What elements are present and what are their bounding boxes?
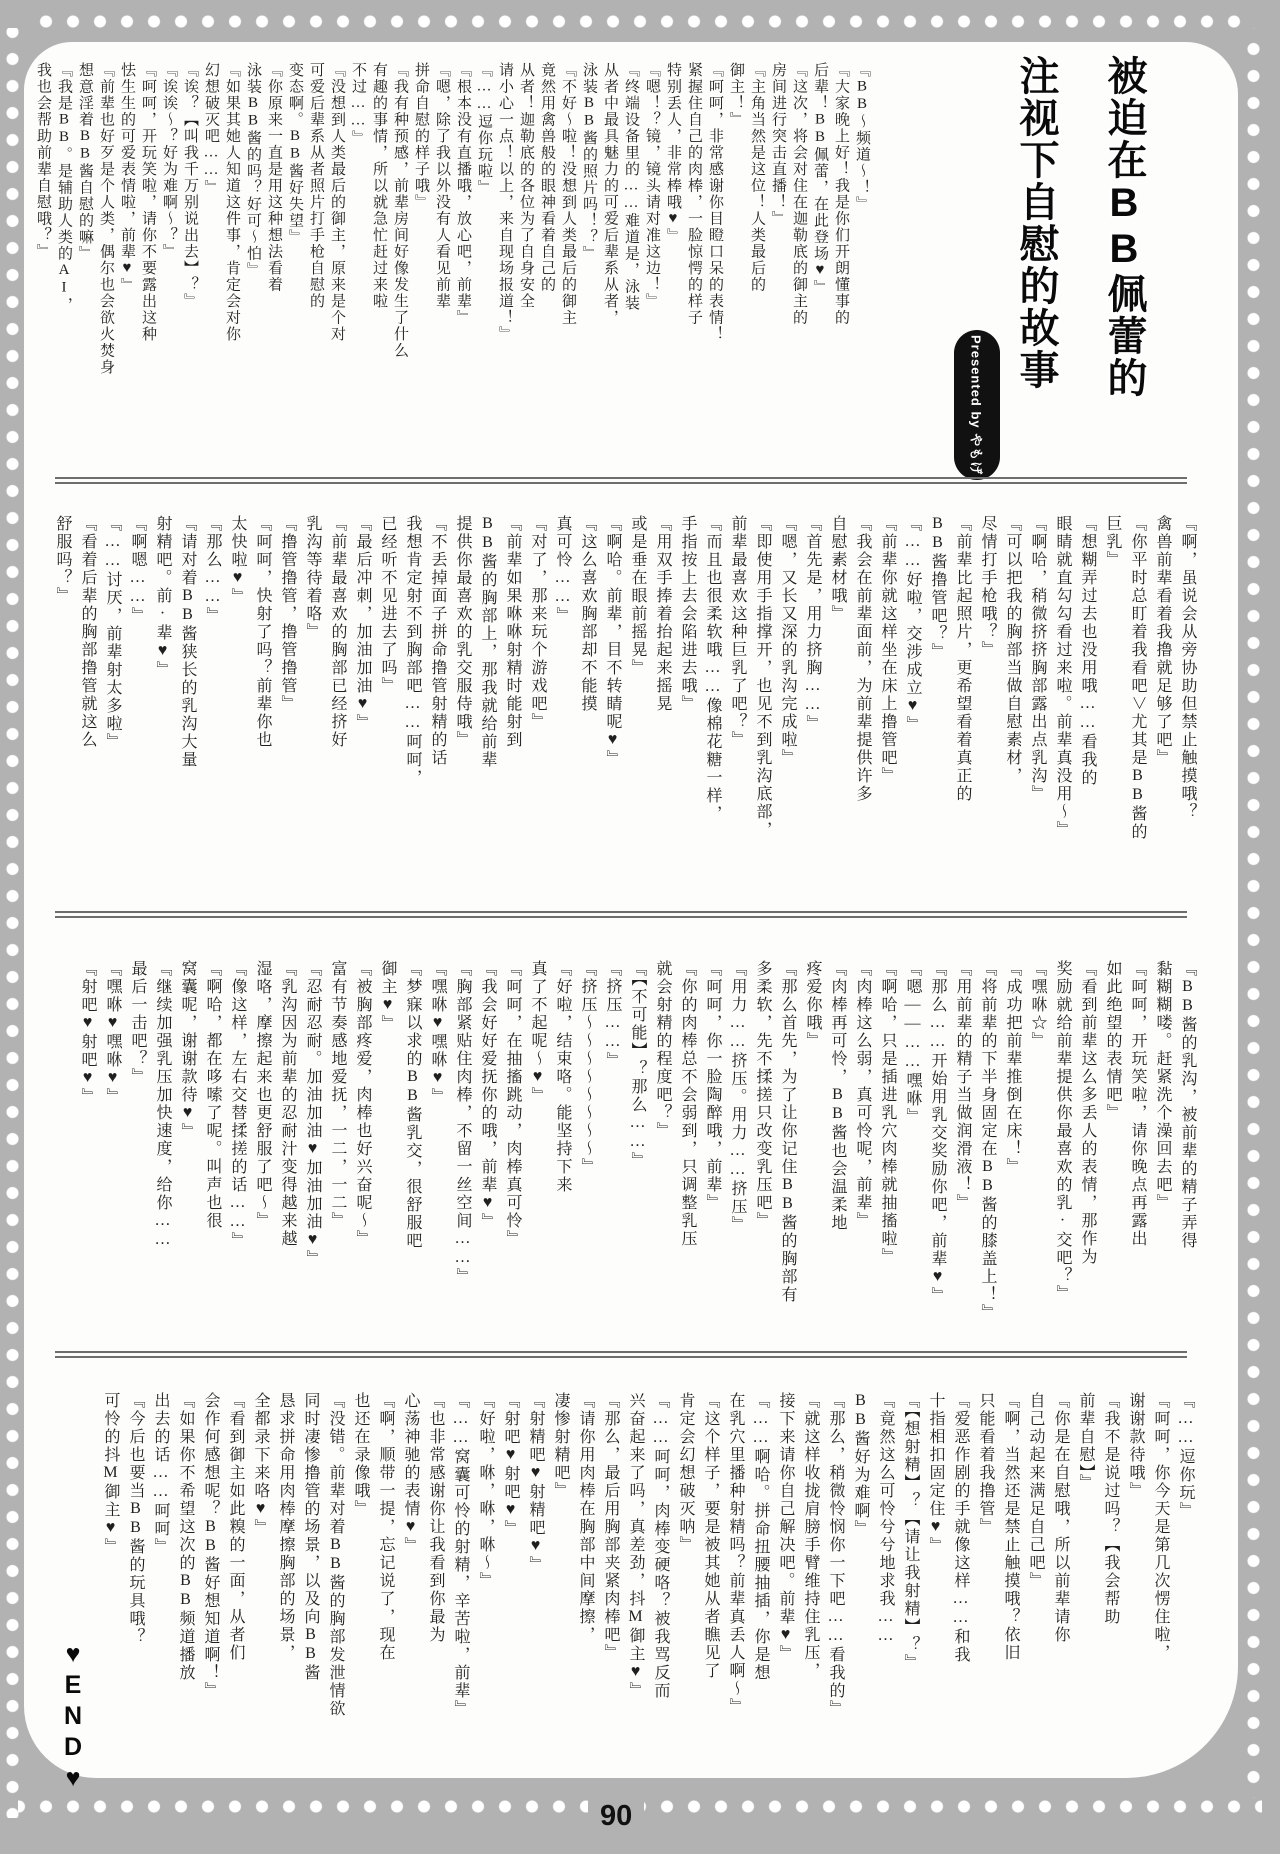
- dialogue-line: 心荡神驰的表情♥』: [398, 1392, 423, 1748]
- dialogue-line: 有趣的事情，所以就急忙赶过来啦: [368, 62, 389, 414]
- dialogue-line: 『将前辈的下半身固定在BB酱的膝盖上！』: [975, 960, 1000, 1352]
- dialogue-line: 太快啦♥』: [225, 515, 250, 911]
- dialogue-line: 『我是BB。是辅助人类的AI，: [53, 62, 74, 414]
- dialogue-line: 拼命自慰的样子哦』: [410, 62, 431, 414]
- dotted-border-left: [0, 28, 26, 1818]
- dialogue-line: 『嘿咻♥嘿咻♥』: [100, 960, 125, 1352]
- dialogue-line: 御主♥』: [375, 960, 400, 1352]
- dialogue-line: 竟然用禽兽般的眼神看着自己的: [536, 62, 557, 414]
- dialogue-line: 眼睛就直勾勾看过来啦。前辈真没用～』: [1050, 515, 1075, 911]
- dialogue-line: 『用双手捧着抬起来摇晃: [650, 515, 675, 911]
- dialogue-line: 接下来请你自己解决吧。前辈♥』: [773, 1392, 798, 1748]
- dialogue-line: 『这么喜欢胸部却不能摸: [575, 515, 600, 911]
- dialogue-line: 『BB～频道～！』: [851, 62, 872, 414]
- dialogue-band-4: 『……逗你玩』『呵呵，你今天是第几次愣住啦，谢谢款待哦』『我不是说过吗？【我会帮…: [98, 1392, 1198, 1748]
- dialogue-line: 自己动起来满足自己吧』: [1023, 1392, 1048, 1748]
- dialogue-line: 『成功把前辈推倒在床！』: [1000, 960, 1025, 1352]
- dialogue-line: 不过……』: [347, 62, 368, 414]
- dialogue-line: 奖励就给前辈提供你最喜欢的乳·交吧？』: [1050, 960, 1075, 1352]
- dialogue-line: 『如果你不希望这次的BB频道播放: [173, 1392, 198, 1748]
- dialogue-line: 『爱恶作剧的手就像这样……和我: [948, 1392, 973, 1748]
- dialogue-line: 『这个样子，要是被其她从者瞧见了: [698, 1392, 723, 1748]
- dialogue-line: 『你原来一直是用这种想法看着: [263, 62, 284, 414]
- dialogue-line: 『呵呵，非常感谢你目瞪口呆的表情！: [704, 62, 725, 414]
- dialogue-line: 『没想到人类最后的御主，原来是个对: [326, 62, 347, 414]
- dialogue-line: 紧握住自己的肉棒，一脸惊愕的样子: [683, 62, 704, 414]
- dialogue-line: 『呵呵，开玩笑啦，请你不要露出这种: [137, 62, 158, 414]
- dialogue-line: 后辈！BB佩蕾，在此登场♥』: [809, 62, 830, 414]
- dialogue-line: 『BB酱的乳沟，被前辈的精子弄得: [1175, 960, 1200, 1352]
- dialogue-line: 兴奋起来了吗，真差劲，抖M御主♥』: [623, 1392, 648, 1748]
- dialogue-line: 『啊哈，只是插进乳穴肉棒就抽搐啦』: [875, 960, 900, 1352]
- dialogue-line: 变态啊。BB酱好失望』: [284, 62, 305, 414]
- dialogue-line: 想意淫着BB酱自慰的嘛』: [74, 62, 95, 414]
- dialogue-line: 舒服吗？』: [50, 515, 75, 911]
- dialogue-line: 『呵呵，你今天是第几次愣住啦，: [1148, 1392, 1173, 1748]
- dialogue-line: 恳求拼命用肉棒摩擦胸部的场景，: [273, 1392, 298, 1748]
- dialogue-line: 『呵呵，你一脸陶醉哦，前辈』: [700, 960, 725, 1352]
- dialogue-line: 『嗯，又长又深的乳沟完成啦』: [775, 515, 800, 911]
- dialogue-line: 『那么……』: [200, 515, 225, 911]
- dialogue-line: 『嗯——……嘿咻』: [900, 960, 925, 1352]
- dotted-border-top: [28, 8, 1252, 35]
- dialogue-band-1: 『BB～频道～！』『大家晚上好！我是你们开朗懂事的后辈！BB佩蕾，在此登场♥』『…: [32, 62, 872, 414]
- dialogue-line: 自慰素材哦』: [825, 515, 850, 911]
- dialogue-line: 『请你用肉棒在胸部中间摩擦，: [573, 1392, 598, 1748]
- dialogue-line: 『我不是说过吗？【我会帮助: [1098, 1392, 1123, 1748]
- dialogue-line: 幻想破灭吧……』: [200, 62, 221, 414]
- dialogue-line: 只能看着我撸管』: [973, 1392, 998, 1748]
- dialogue-line: 前辈最喜欢这种巨乳了吧？』: [725, 515, 750, 911]
- dialogue-line: 泳装BB酱的照片吗！？』: [578, 62, 599, 414]
- dialogue-line: 『终端设备里的……难道是，泳装: [620, 62, 641, 414]
- dialogue-line: 真可怜……』: [550, 515, 575, 911]
- dialogue-line: 我想肯定射不到胸部吧……呵呵，: [400, 515, 425, 911]
- dialogue-line: 『首先是，用力挤胸……』: [800, 515, 825, 911]
- dialogue-line: 『没错。前辈对着BB酱的胸部发泄情欲: [323, 1392, 348, 1748]
- dialogue-line: 『诶？【叫我千万别说出去】？』: [179, 62, 200, 414]
- dialogue-line: BB酱的胸部上，那我就给前辈: [475, 515, 500, 911]
- dialogue-line: 『啊哈，稍微挤挤胸部露出点乳沟』: [1025, 515, 1050, 911]
- dialogue-line: 前辈自慰】』: [1073, 1392, 1098, 1748]
- dialogue-line: BB酱好为难啊』: [848, 1392, 873, 1748]
- dialogue-band-2: 『啊，虽说会从旁协助但禁止触摸哦？禽兽前辈看着我撸就足够了吧』『你平时总盯着我看…: [50, 515, 1200, 911]
- page-title: 被迫在BB佩蕾的 注视下自慰的故事: [992, 55, 1168, 405]
- dialogue-line: 会作何感想呢？BB酱好想知道啊！』: [198, 1392, 223, 1748]
- page-number: 90: [588, 1800, 644, 1833]
- dialogue-line: 『大家晚上好！我是你们开朗懂事的: [830, 62, 851, 414]
- dialogue-band-3: 『BB酱的乳沟，被前辈的精子弄得黏糊糊喽。赶紧洗个澡回去吧』『呵呵，开玩笑啦，请…: [75, 960, 1200, 1352]
- end-mark: ♥END♥: [58, 1640, 87, 1795]
- dialogue-line: 泳装BB酱的吗？好可～怕』: [242, 62, 263, 414]
- dialogue-line: 在乳穴里播种射精吗？前辈真丢人啊～』: [723, 1392, 748, 1748]
- dialogue-line: 湿咯，摩擦起来也更舒服了吧～』: [250, 960, 275, 1352]
- dialogue-line: 『射吧♥射吧♥』: [498, 1392, 523, 1748]
- dialogue-line: 就会射精的程度吧？』: [650, 960, 675, 1352]
- dialogue-line: 提供你最喜欢的乳交服侍哦』: [450, 515, 475, 911]
- dialogue-line: 或是垂在眼前摇晃』: [625, 515, 650, 911]
- dialogue-line: 『胸部紧贴住肉棒，不留一丝空间……』: [450, 960, 475, 1352]
- dialogue-line: 已经听不见进去了吗』: [375, 515, 400, 911]
- dialogue-line: 『前辈也好歹是个人类，偶尔也会欲火焚身: [95, 62, 116, 414]
- dialogue-line: 御主！』: [725, 62, 746, 414]
- dialogue-line: 禽兽前辈看着我撸就足够了吧』: [1150, 515, 1175, 911]
- dialogue-line: 『……逗你玩啦』: [473, 62, 494, 414]
- dialogue-line: 『啊，顺带一提，忘记说了，现在: [373, 1392, 398, 1748]
- dialogue-line: 『啊嗯……』: [125, 515, 150, 911]
- dialogue-line: 可爱后辈系从者照片打手枪自慰的: [305, 62, 326, 414]
- dialogue-line: 『想糊弄过去也没用哦……看我的: [1075, 515, 1100, 911]
- dialogue-line: 十指相扣固定住♥』: [923, 1392, 948, 1748]
- dialogue-line: 『这次，将会对住在迦勒底的御主的: [788, 62, 809, 414]
- title-line-2: 注视下自慰的故事: [992, 55, 1080, 405]
- dialogue-line: 也还在录像哦』: [348, 1392, 373, 1748]
- dialogue-line: 『嗯！？镜，镜头请对准这边！』: [641, 62, 662, 414]
- dialogue-line: 『【想射精】？【请让我射精】？』: [898, 1392, 923, 1748]
- dialogue-line: 窝囊呢，谢谢款待♥』: [175, 960, 200, 1352]
- dialogue-line: 『啊，虽说会从旁协助但禁止触摸哦？: [1175, 515, 1200, 911]
- dialogue-line: 『……讨厌，前辈射太多啦』: [100, 515, 125, 911]
- dialogue-line: 『嗯，除了我以外没有人看见前辈: [431, 62, 452, 414]
- dialogue-line: 『对了，那来玩个游戏吧』: [525, 515, 550, 911]
- dialogue-line: 『不好～啦！没想到人类最后的御主: [557, 62, 578, 414]
- dialogue-line: 『啊哈，都在哆嗦了呢。叫声也很: [200, 960, 225, 1352]
- dialogue-line: 『呵呵，快射了吗？前辈你也: [250, 515, 275, 911]
- dialogue-line: 『撸管撸管，撸管撸管』: [275, 515, 300, 911]
- dialogue-line: 『那么首先，为了让你记住BB酱的胸部有: [775, 960, 800, 1352]
- dialogue-line: 『被胸部疼爱，肉棒也好兴奋呢～』: [350, 960, 375, 1352]
- dialogue-line: 『……呵呵，肉棒变硬咯？被我骂反而: [648, 1392, 673, 1748]
- dialogue-line: 『那么……开始用乳交奖励你吧，前辈♥』: [925, 960, 950, 1352]
- dialogue-line: 『我有种预感，前辈房间好像发生了什么: [389, 62, 410, 414]
- section-separator-3: [55, 1351, 1187, 1358]
- dialogue-line: 从者中最具魅力的可爱后辈系从者，: [599, 62, 620, 414]
- dialogue-line: 全都录下来咯♥』: [248, 1392, 273, 1748]
- dialogue-line: 『今后也要当BB酱的玩具哦？: [123, 1392, 148, 1748]
- dialogue-line: 『看着后辈的胸部撸管就这么: [75, 515, 100, 911]
- dialogue-line: 『【不可能】？那么……』: [625, 960, 650, 1352]
- dialogue-line: 『啊哈。前辈，目不转睛呢♥』: [600, 515, 625, 911]
- dotted-border-right: [1240, 28, 1267, 1798]
- dialogue-line: 『那么，稍微怜悯你一下吧……看我的』: [823, 1392, 848, 1748]
- dialogue-line: 『看到前辈这么多丢人的表情，那作为: [1075, 960, 1100, 1352]
- dialogue-line: 『继续加强乳压加快速度，给你……: [150, 960, 175, 1352]
- dialogue-line: 富有节奏感地爱抚，一二，一二』: [325, 960, 350, 1352]
- dialogue-line: 『忍耐忍耐。加油加油♥加油加油♥』: [300, 960, 325, 1352]
- dialogue-line: 『……窝囊可怜的射精，辛苦啦，前辈』: [448, 1392, 473, 1748]
- dialogue-line: 『肉棒再可怜，BB酱也会温柔地: [825, 960, 850, 1352]
- dialogue-line: 『即使用手指撑开，也见不到乳沟底部，: [750, 515, 775, 911]
- dialogue-line: 手指按上去会陷进去哦』: [675, 515, 700, 911]
- dialogue-line: 『梦寐以求的BB酱乳交，很舒服吧: [400, 960, 425, 1352]
- dialogue-line: 『嘿咻♥嘿咻♥』: [425, 960, 450, 1352]
- dialogue-line: 『前辈比起照片，更希望看着真正的: [950, 515, 975, 911]
- dialogue-line: 『呵呵，在抽搐跳动，肉棒真可怜』: [500, 960, 525, 1352]
- dialogue-line: 『射精吧♥射精吧♥』: [523, 1392, 548, 1748]
- dialogue-line: 尽情打手枪哦？』: [975, 515, 1000, 911]
- dialogue-line: 『呵呵，开玩笑啦，请你晚点再露出: [1125, 960, 1150, 1352]
- dialogue-line: 『啊，当然还是禁止触摸哦？依旧: [998, 1392, 1023, 1748]
- dialogue-line: 乳沟等待着咯』: [300, 515, 325, 911]
- dialogue-line: 『根本没有直播哦，放心吧，前辈』: [452, 62, 473, 414]
- dialogue-line: 『好啦，结束咯。能坚持下来: [550, 960, 575, 1352]
- dialogue-line: 『乳沟因为前辈的忍耐汁变得越来越: [275, 960, 300, 1352]
- dialogue-line: 『……逗你玩』: [1173, 1392, 1198, 1748]
- dialogue-line: 请小心一点！以上，来自现场报道！』: [494, 62, 515, 414]
- dialogue-line: 『……啊哈。拼命扭腰抽插，你是想: [748, 1392, 773, 1748]
- dialogue-line: 同时凄惨撸管的场景，以及向BB酱: [298, 1392, 323, 1748]
- title-line-1: 被迫在BB佩蕾的: [1080, 55, 1168, 405]
- dialogue-line: 『请对着BB酱狭长的乳沟大量: [175, 515, 200, 911]
- dialogue-line: 『那么，最后用胸部夹紧肉棒吧』: [598, 1392, 623, 1748]
- dialogue-line: 『竟然这么可怜兮兮地求我……: [873, 1392, 898, 1748]
- dialogue-line: 『肉棒这么弱，真可怜呢，前辈』: [850, 960, 875, 1352]
- dialogue-line: 『如果其她人知道这件事，肯定会对你: [221, 62, 242, 414]
- presented-by-text: Presented by やもげ: [968, 335, 987, 475]
- dialogue-line: 『主角当然是这位！人类最后的: [746, 62, 767, 414]
- scanned-script-page: 被迫在BB佩蕾的 注视下自慰的故事 Presented by やもげ 『BB～频…: [0, 0, 1280, 1854]
- dialogue-line: 『你平时总盯着我看吧∨尤其是BB酱的: [1125, 515, 1150, 911]
- dialogue-line: 『像这样，左右交替揉搓的话……』: [225, 960, 250, 1352]
- dialogue-line: 『挤压～～～～～～～～』: [575, 960, 600, 1352]
- dialogue-line: 『用前辈的精子当做润滑液！』: [950, 960, 975, 1352]
- dialogue-line: 肯定会幻想破灭呐』: [673, 1392, 698, 1748]
- dialogue-line: 疼爱你哦』: [800, 960, 825, 1352]
- dialogue-line: 『诶诶～？好为难啊～？』: [158, 62, 179, 414]
- dialogue-line: 『可以把我的胸部当做自慰素材，: [1000, 515, 1025, 911]
- dialogue-line: 『挤压……』: [600, 960, 625, 1352]
- dialogue-line: 『前辈如果咻咻射精时能射到: [500, 515, 525, 911]
- dialogue-line: 多柔软，先不揉搓只改变乳压吧』: [750, 960, 775, 1352]
- dialogue-line: 特别丢人，非常棒哦♥』: [662, 62, 683, 414]
- dialogue-line: 『我会好好爱抚你的哦，前辈♥』: [475, 960, 500, 1352]
- dialogue-line: 最后一击吧？』: [125, 960, 150, 1352]
- dialogue-line: 『射吧♥射吧♥』: [75, 960, 100, 1352]
- dialogue-line: 『你的肉棒总不会弱到，只调整乳压: [675, 960, 700, 1352]
- dialogue-line: 怯生生的可爱表情啦，前辈♥』: [116, 62, 137, 414]
- dialogue-line: 『好啦，咻，咻，咻～』: [473, 1392, 498, 1748]
- dialogue-line: 『看到御主如此糗的一面，从者们: [223, 1392, 248, 1748]
- dialogue-line: 『不丢掉面子拼命撸管射精的话: [425, 515, 450, 911]
- section-separator-1: [55, 477, 1187, 484]
- dialogue-line: 巨乳』: [1100, 515, 1125, 911]
- dialogue-line: 『嘿咻☆』: [1025, 960, 1050, 1352]
- dialogue-line: 真了不起呢～♥』: [525, 960, 550, 1352]
- dialogue-line: 『前辈最喜欢的胸部已经挤好: [325, 515, 350, 911]
- dialogue-line: 黏糊糊喽。赶紧洗个澡回去吧』: [1150, 960, 1175, 1352]
- dialogue-line: 『前辈你就这样坐在床上撸管吧』: [875, 515, 900, 911]
- dialogue-line: BB酱撸管吧？』: [925, 515, 950, 911]
- dialogue-line: 『我会在前辈面前，为前辈提供许多: [850, 515, 875, 911]
- dialogue-line: 『你是在自慰哦，所以前辈请你: [1048, 1392, 1073, 1748]
- dialogue-line: 『最后冲刺，加油加油♥』: [350, 515, 375, 911]
- dialogue-line: 从者！迦勒底的各位为了自身安全: [515, 62, 536, 414]
- dialogue-line: 可怜的抖M御主♥』: [98, 1392, 123, 1748]
- dialogue-line: 『……好啦，交涉成立♥』: [900, 515, 925, 911]
- dialogue-line: 房间进行突击直播！』: [767, 62, 788, 414]
- section-separator-2: [55, 911, 1187, 918]
- dialogue-line: 谢谢款待哦』: [1123, 1392, 1148, 1748]
- dialogue-line: 『就这样收拢肩膀手臂维持住乳压，: [798, 1392, 823, 1748]
- presented-by-banner: Presented by やもげ: [954, 330, 1000, 480]
- dialogue-line: 我也会帮助前辈自慰哦？』: [32, 62, 53, 414]
- dialogue-line: 射精吧。前·辈♥』: [150, 515, 175, 911]
- dialogue-line: 凄惨射精吧』: [548, 1392, 573, 1748]
- dialogue-line: 『也非常感谢你让我看到你最为: [423, 1392, 448, 1748]
- dialogue-line: 『而且也很柔软哦……像棉花糖一样，: [700, 515, 725, 911]
- dialogue-line: 出去的话……呵呵』: [148, 1392, 173, 1748]
- dialogue-line: 『用力……挤压。用力……挤压』: [725, 960, 750, 1352]
- dialogue-line: 如此绝望的表情吧』: [1100, 960, 1125, 1352]
